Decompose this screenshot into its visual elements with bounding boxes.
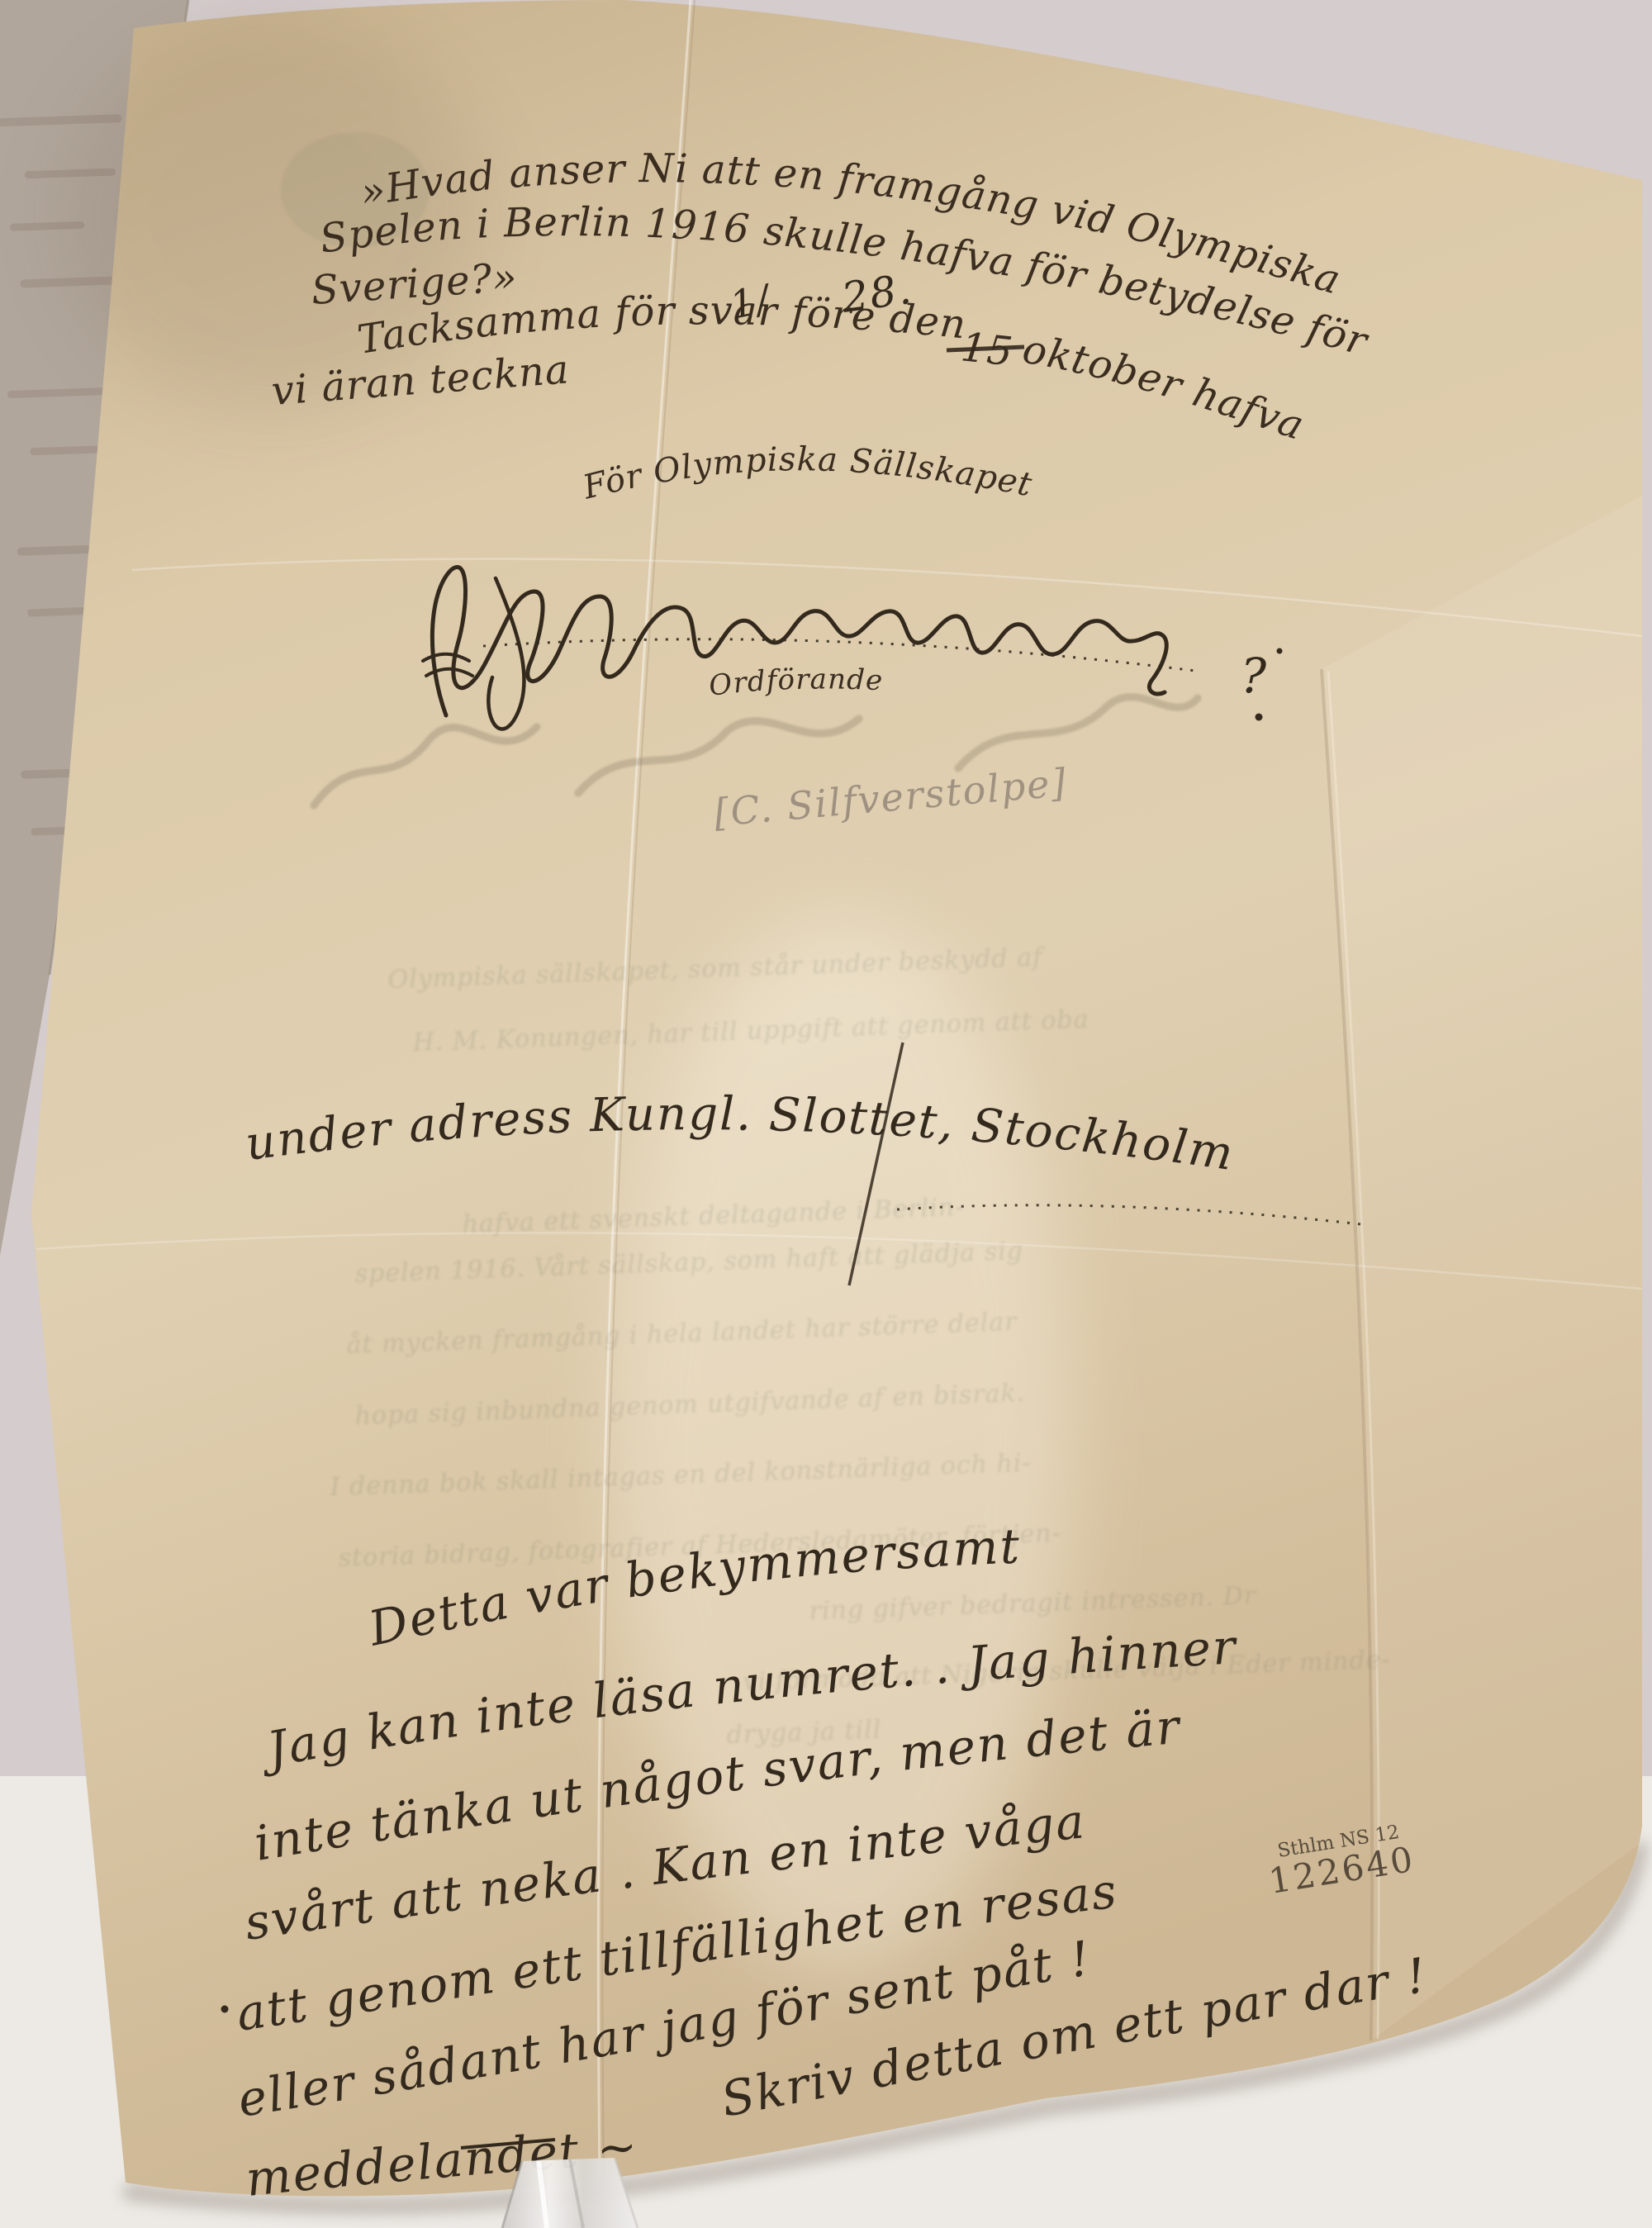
ink-dot: [1256, 714, 1263, 721]
ink-dot: [221, 2006, 229, 2013]
ink-dot: [1277, 648, 1283, 654]
date-correction: 28.: [838, 265, 916, 322]
acrylic-document-stand: [502, 2158, 638, 2228]
photographed-letter-scene: Olympiska sällskapet, som står under bes…: [0, 0, 1652, 2228]
question-mark-annotation: ?: [1241, 648, 1268, 704]
